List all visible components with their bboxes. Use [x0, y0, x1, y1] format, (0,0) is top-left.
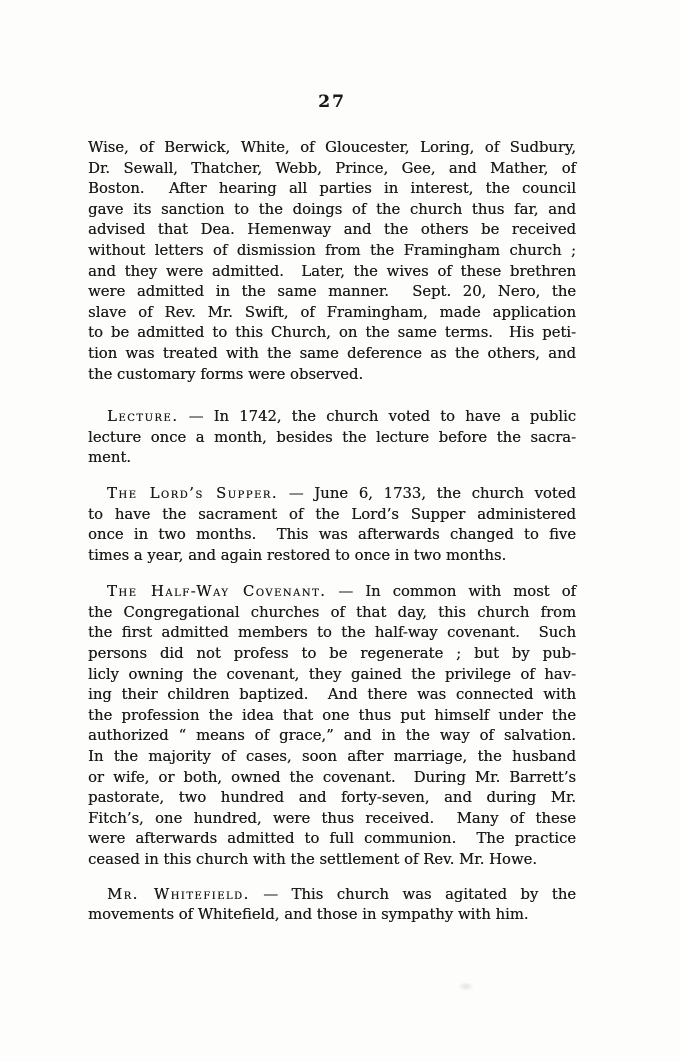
text-line: slave of Rev. Mr. Swift, of Framingham, …: [88, 303, 576, 324]
text-line: licly owning the covenant, they gained t…: [88, 665, 576, 686]
text-line: were admitted in the same manner. Sept. …: [88, 282, 576, 303]
text-line: ment.: [88, 448, 576, 469]
text-line: Dr. Sewall, Thatcher, Webb, Prince, Gee,…: [88, 159, 576, 180]
text-line: the first admitted members to the half-w…: [88, 623, 576, 644]
section-heading-lords-supper: The Lord’s Supper.: [107, 485, 278, 502]
text-line: Mr. Whitefield. — This church was agitat…: [88, 885, 576, 906]
paragraph-lecture: Lecture. — In 1742, the church voted to …: [88, 407, 576, 469]
text-line: authorized “ means of grace,” and in the…: [88, 726, 576, 747]
text-line: The Half-Way Covenant. — In common with …: [88, 582, 576, 603]
text-line: Boston. After hearing all parties in int…: [88, 179, 576, 200]
text-line: In the majority of cases, soon after mar…: [88, 747, 576, 768]
text-line: persons did not profess to be regenerate…: [88, 644, 576, 665]
text-line: gave its sanction to the doings of the c…: [88, 200, 576, 221]
text-line: ing their children baptized. And there w…: [88, 685, 576, 706]
text-line: lecture once a month, besides the lectur…: [88, 428, 576, 449]
text-line: the Congregational churches of that day,…: [88, 603, 576, 624]
paragraph-lords-supper: The Lord’s Supper. — June 6, 1733, the c…: [88, 484, 576, 566]
section-heading-mr-whitefield: Mr. Whitefield.: [107, 886, 250, 903]
text-line: Lecture. — In 1742, the church voted to …: [88, 407, 576, 428]
text-line: Wise, of Berwick, White, of Gloucester, …: [88, 138, 576, 159]
text-line: to have the sacrament of the Lord’s Supp…: [88, 505, 576, 526]
scan-smudge-artifact: [458, 982, 474, 991]
text-line: or wife, or both, owned the covenant. Du…: [88, 768, 576, 789]
text-line: and they were admitted. Later, the wives…: [88, 262, 576, 283]
book-page: 27 Wise, of Berwick, White, of Glouceste…: [0, 0, 680, 1062]
text-line: without letters of dismission from the F…: [88, 241, 576, 262]
text-line: tion was treated with the same deference…: [88, 344, 576, 365]
section-heading-lecture: Lecture.: [107, 408, 178, 425]
paragraph-half-way-covenant: The Half-Way Covenant. — In common with …: [88, 582, 576, 870]
page-number: 27: [88, 92, 576, 112]
text-line: times a year, and again restored to once…: [88, 546, 576, 567]
text-line: were afterwards admitted to full communi…: [88, 829, 576, 850]
text-line: once in two months. This was afterwards …: [88, 525, 576, 546]
paragraph-opening: Wise, of Berwick, White, of Gloucester, …: [88, 138, 576, 385]
text-line: pastorate, two hundred and forty-seven, …: [88, 788, 576, 809]
text-line: ceased in this church with the settlemen…: [88, 850, 576, 871]
text-line: the profession the idea that one thus pu…: [88, 706, 576, 727]
text-line: the customary forms were observed.: [88, 365, 576, 386]
text-line: Fitch’s, one hundred, were thus received…: [88, 809, 576, 830]
section-heading-half-way-covenant: The Half-Way Covenant.: [107, 583, 326, 600]
text-line: movements of Whitefield, and those in sy…: [88, 905, 576, 926]
text-line: advised that Dea. Hemenway and the other…: [88, 220, 576, 241]
paragraph-mr-whitefield: Mr. Whitefield. — This church was agitat…: [88, 885, 576, 926]
text-line: The Lord’s Supper. — June 6, 1733, the c…: [88, 484, 576, 505]
text-block: Wise, of Berwick, White, of Gloucester, …: [88, 138, 576, 926]
text-line: to be admitted to this Church, on the sa…: [88, 323, 576, 344]
